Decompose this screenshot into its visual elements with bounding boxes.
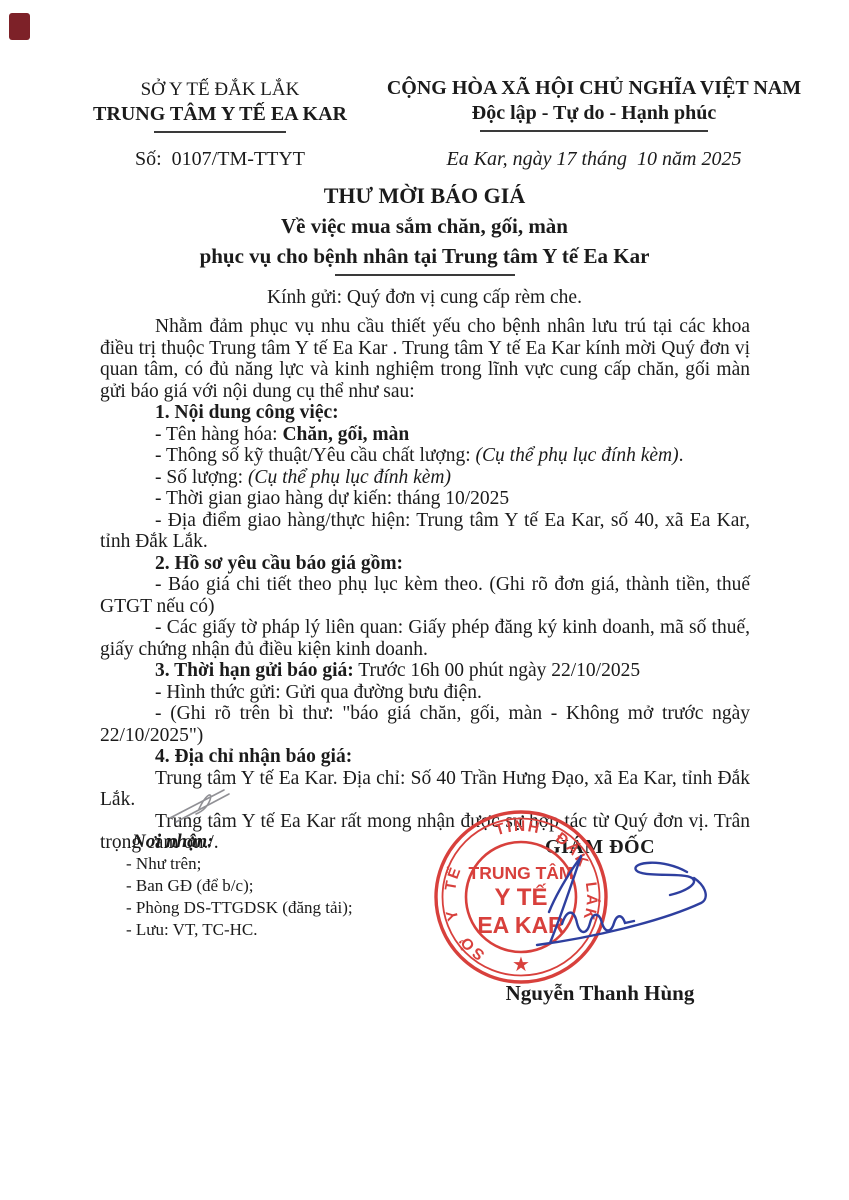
document-place-date: Ea Kar, ngày 17 tháng 10 năm 2025: [378, 148, 810, 171]
body-paragraph: - Thời gian giao hàng dự kiến: tháng 10/…: [100, 488, 750, 510]
parent-agency-name: SỞ Y TẾ ĐẮK LẮK: [70, 78, 370, 102]
body-paragraph: 2. Hồ sơ yêu cầu báo giá gồm:: [100, 553, 750, 575]
text-run: Trước 16h 00 phút ngày 22/10/2025: [354, 660, 640, 681]
motto-underline: [480, 130, 708, 132]
document-title: THƯ MỜI BÁO GIÁ: [0, 183, 849, 209]
document-number: Số: 0107/TM-TTYT: [70, 148, 370, 171]
body-paragraph: - Số lượng: (Cụ thể phụ lục đính kèm): [100, 467, 750, 489]
body-paragraph: 1. Nội dung công việc:: [100, 402, 750, 424]
text-run: - Các giấy tờ pháp lý liên quan: Giấy ph…: [100, 617, 750, 660]
text-run: Nhằm đảm phục vụ nhu cầu thiết yếu cho b…: [100, 316, 750, 402]
body-paragraph: - Hình thức gửi: Gửi qua đường bưu điện.: [100, 682, 750, 704]
text-run: - Địa điểm giao hàng/thực hiện: Trung tâ…: [100, 510, 750, 553]
recipient-item: - Phòng DS-TTGDSK (đăng tải);: [126, 897, 353, 919]
body-paragraph: 3. Thời hạn gửi báo giá: Trước 16h 00 ph…: [100, 660, 750, 682]
national-motto-block: CỘNG HÒA XÃ HỘI CHỦ NGHĨA VIỆT NAM Độc l…: [378, 76, 810, 132]
recipients-list: - Như trên;- Ban GĐ (để b/c);- Phòng DS-…: [126, 853, 353, 941]
pencil-initial-scribble: [166, 780, 238, 828]
body-paragraph: - Địa điểm giao hàng/thực hiện: Trung tâ…: [100, 510, 750, 553]
body-paragraph: 4. Địa chỉ nhận báo giá:: [100, 746, 750, 768]
director-signature-ink: [535, 850, 710, 952]
body-paragraph: - Tên hàng hóa: Chăn, gối, màn: [100, 424, 750, 446]
text-run: 3. Thời hạn gửi báo giá:: [155, 660, 354, 681]
title-block: THƯ MỜI BÁO GIÁ Về việc mua sắm chăn, gố…: [0, 183, 849, 276]
body-paragraph: - Báo giá chi tiết theo phụ lục kèm theo…: [100, 574, 750, 617]
corner-marker: [9, 13, 30, 40]
body-paragraph: Nhằm đảm phục vụ nhu cầu thiết yếu cho b…: [100, 316, 750, 402]
national-title: CỘNG HÒA XÃ HỘI CHỦ NGHĨA VIỆT NAM: [378, 76, 810, 101]
svg-text:TỈNH: TỈNH: [493, 818, 543, 839]
text-run: - (Ghi rõ trên bì thư: "báo giá chăn, gố…: [100, 703, 750, 746]
recipient-item: - Như trên;: [126, 853, 353, 875]
issuing-agency-block: SỞ Y TẾ ĐẮK LẮK TRUNG TÂM Y TẾ EA KAR: [70, 78, 370, 133]
text-run: (Cụ thể phụ lục đính kèm): [248, 467, 451, 488]
text-run: .: [679, 445, 684, 466]
recipient-item: - Ban GĐ (để b/c);: [126, 875, 353, 897]
text-run: - Hình thức gửi: Gửi qua đường bưu điện.: [155, 682, 482, 703]
national-motto: Độc lập - Tự do - Hạnh phúc: [378, 101, 810, 126]
body-paragraph: - Các giấy tờ pháp lý liên quan: Giấy ph…: [100, 617, 750, 660]
text-run: - Thời gian giao hàng dự kiến: tháng 10/…: [155, 488, 509, 509]
document-subtitle-1: Về việc mua sắm chăn, gối, màn: [0, 214, 849, 239]
stamp-ring-text-top: TỈNH: [493, 818, 543, 839]
text-run: 1. Nội dung công việc:: [155, 402, 339, 423]
body-text: Nhằm đảm phục vụ nhu cầu thiết yếu cho b…: [100, 316, 750, 854]
text-run: 4. Địa chỉ nhận báo giá:: [155, 746, 352, 767]
recipients-heading: Nơi nhận:: [132, 831, 353, 853]
text-run: - Thông số kỹ thuật/Yêu cầu chất lượng:: [155, 445, 476, 466]
text-run: - Số lượng:: [155, 467, 248, 488]
text-run: Chăn, gối, màn: [282, 424, 409, 445]
stamp-star-icon: ★: [512, 954, 530, 976]
recipient-item: - Lưu: VT, TC-HC.: [126, 919, 353, 941]
text-run: 2. Hồ sơ yêu cầu báo giá gồm:: [155, 553, 403, 574]
text-run: (Cụ thể phụ lục đính kèm): [476, 445, 679, 466]
title-underline: [335, 274, 515, 276]
document-page: SỞ Y TẾ ĐẮK LẮK TRUNG TÂM Y TẾ EA KAR CỘ…: [0, 0, 849, 1200]
agency-underline: [154, 131, 286, 133]
body-paragraph: - (Ghi rõ trên bì thư: "báo giá chăn, gố…: [100, 703, 750, 746]
text-run: - Báo giá chi tiết theo phụ lục kèm theo…: [100, 574, 750, 617]
text-run: - Tên hàng hóa:: [155, 424, 282, 445]
agency-name: TRUNG TÂM Y TẾ EA KAR: [70, 102, 370, 127]
recipients-block: Nơi nhận: - Như trên;- Ban GĐ (để b/c);-…: [126, 831, 353, 941]
document-subtitle-2: phục vụ cho bệnh nhân tại Trung tâm Y tế…: [0, 244, 849, 269]
salutation: Kính gửi: Quý đơn vị cung cấp rèm che.: [0, 287, 849, 309]
body-paragraph: - Thông số kỹ thuật/Yêu cầu chất lượng: …: [100, 445, 750, 467]
